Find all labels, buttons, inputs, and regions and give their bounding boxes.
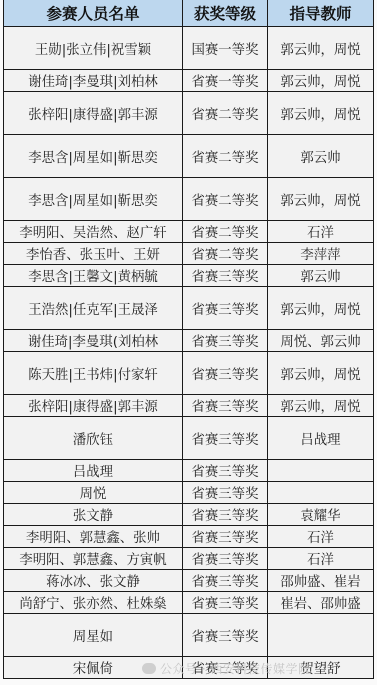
cell-members[interactable]: 周星如 [4,614,183,657]
table-row: 张文静省赛三等奖袁耀华 [4,504,374,526]
cell-award-level[interactable]: 省赛三等奖 [183,352,268,395]
cell-advisor[interactable]: 石洋 [268,221,374,243]
cell-advisor[interactable] [268,460,374,482]
cell-award-level[interactable]: 省赛三等奖 [183,330,268,352]
table-row: 周悦省赛三等奖 [4,482,374,504]
cell-advisor[interactable]: 吕战理 [268,417,374,460]
awards-table: 参赛人员名单 获奖等级 指导教师 王勋|张立伟|祝雪颖国赛一等奖郭云帅，周悦谢佳… [3,0,374,679]
cell-award-level[interactable]: 省赛三等奖 [183,417,268,460]
table-row: 潘欣钰省赛三等奖吕战理 [4,417,374,460]
cell-award-level[interactable]: 国赛一等奖 [183,27,268,70]
table-row: 王浩然|任克军|王晟泽省赛三等奖郭云帅，周悦 [4,287,374,330]
cell-advisor[interactable]: 郭云帅，周悦 [268,395,374,417]
cell-advisor[interactable]: 郭云帅 [268,135,374,178]
header-award-level[interactable]: 获奖等级 [183,0,268,27]
cell-members[interactable]: 吕战理 [4,460,183,482]
cell-advisor[interactable]: 郭云帅，周悦 [268,352,374,395]
cell-award-level[interactable]: 省赛三等奖 [183,504,268,526]
cell-members[interactable]: 谢佳琦|李曼琪(刘柏林 [4,330,183,352]
cell-award-level[interactable]: 省赛三等奖 [183,592,268,614]
cell-members[interactable]: 李明阳、郭慧鑫、方寅帆 [4,548,183,570]
cell-advisor[interactable]: 邵帅盛、崔岩 [268,570,374,592]
table-row: 谢佳琦|李曼琪(刘柏林省赛三等奖周悦、郭云帅 [4,330,374,352]
cell-award-level[interactable]: 省赛二等奖 [183,135,268,178]
cell-members[interactable]: 张梓阳|康得盛|郭丰源 [4,92,183,135]
cell-advisor[interactable] [268,614,374,657]
table-row: 谢佳琦|李曼琪|刘柏林省赛一等奖郭云帅，周悦 [4,70,374,92]
cell-advisor[interactable]: 李萍萍 [268,243,374,265]
cell-members[interactable]: 蒋冰冰、张文静 [4,570,183,592]
cell-award-level[interactable]: 省赛三等奖 [183,460,268,482]
cell-advisor[interactable]: 郭云帅，周悦 [268,178,374,221]
table-row: 李怡香、张玉叶、王妍省赛二等奖李萍萍 [4,243,374,265]
header-members[interactable]: 参赛人员名单 [4,0,183,27]
cell-advisor[interactable]: 郭云帅，周悦 [268,287,374,330]
cell-award-level[interactable]: 省赛三等奖 [183,614,268,657]
table-row: 李思含|王馨文|黄柄毓省赛三等奖郭云帅 [4,265,374,287]
cell-award-level[interactable]: 省赛二等奖 [183,178,268,221]
table-row: 李明阳、郭慧鑫、方寅帆省赛三等奖石洋 [4,548,374,570]
table-row: 李思含|周星如|靳思奕省赛二等奖郭云帅，周悦 [4,178,374,221]
table-row: 张梓阳|康得盛|郭丰源省赛三等奖郭云帅，周悦 [4,395,374,417]
cell-award-level[interactable]: 省赛三等奖 [183,265,268,287]
cell-advisor[interactable]: 郭云帅，周悦 [268,70,374,92]
cell-members[interactable]: 陈天胜|王书炜|付家轩 [4,352,183,395]
cell-members[interactable]: 李思含|周星如|靳思奕 [4,135,183,178]
cell-members[interactable]: 李怡香、张玉叶、王妍 [4,243,183,265]
table-row: 李明阳、郭慧鑫、张帅省赛三等奖石洋 [4,526,374,548]
table-row: 尚舒宁、张亦然、杜姝燊省赛三等奖崔岩、邵帅盛 [4,592,374,614]
cell-members[interactable]: 王勋|张立伟|祝雪颖 [4,27,183,70]
cell-advisor[interactable]: 崔岩、邵帅盛 [268,592,374,614]
cell-members[interactable]: 张梓阳|康得盛|郭丰源 [4,395,183,417]
cell-members[interactable]: 谢佳琦|李曼琪|刘柏林 [4,70,183,92]
cell-members[interactable]: 潘欣钰 [4,417,183,460]
table-row: 张梓阳|康得盛|郭丰源省赛二等奖郭云帅，周悦 [4,92,374,135]
cell-advisor[interactable]: 石洋 [268,548,374,570]
cell-members[interactable]: 李明阳、吴浩然、赵广轩 [4,221,183,243]
cell-members[interactable]: 周悦 [4,482,183,504]
cell-members[interactable]: 王浩然|任克军|王晟泽 [4,287,183,330]
cell-advisor[interactable]: 郭云帅，周悦 [268,92,374,135]
cell-award-level[interactable]: 省赛三等奖 [183,657,268,679]
cell-advisor[interactable]: 郭云帅 [268,265,374,287]
cell-members[interactable]: 李思含|王馨文|黄柄毓 [4,265,183,287]
cell-advisor[interactable] [268,482,374,504]
cell-award-level[interactable]: 省赛三等奖 [183,482,268,504]
cell-advisor[interactable]: 石洋 [268,526,374,548]
table-row: 陈天胜|王书炜|付家轩省赛三等奖郭云帅，周悦 [4,352,374,395]
table-row: 吕战理省赛三等奖 [4,460,374,482]
cell-members[interactable]: 尚舒宁、张亦然、杜姝燊 [4,592,183,614]
cell-advisor[interactable]: 郭云帅，周悦 [268,27,374,70]
header-advisor[interactable]: 指导教师 [268,0,374,27]
cell-members[interactable]: 李思含|周星如|靳思奕 [4,178,183,221]
table-row: 李明阳、吴浩然、赵广轩省赛二等奖石洋 [4,221,374,243]
cell-members[interactable]: 宋佩倚 [4,657,183,679]
cell-award-level[interactable]: 省赛三等奖 [183,395,268,417]
cell-award-level[interactable]: 省赛二等奖 [183,221,268,243]
cell-award-level[interactable]: 省赛三等奖 [183,287,268,330]
table-row: 王勋|张立伟|祝雪颖国赛一等奖郭云帅，周悦 [4,27,374,70]
cell-advisor[interactable]: 袁耀华 [268,504,374,526]
header-row: 参赛人员名单 获奖等级 指导教师 [4,0,374,27]
cell-award-level[interactable]: 省赛三等奖 [183,570,268,592]
cell-award-level[interactable]: 省赛三等奖 [183,548,268,570]
table-row: 蒋冰冰、张文静省赛三等奖邵帅盛、崔岩 [4,570,374,592]
table-row: 宋佩倚省赛三等奖贺望舒 [4,657,374,679]
cell-advisor[interactable]: 周悦、郭云帅 [268,330,374,352]
table-row: 李思含|周星如|靳思奕省赛二等奖郭云帅 [4,135,374,178]
cell-members[interactable]: 张文静 [4,504,183,526]
cell-advisor[interactable]: 贺望舒 [268,657,374,679]
cell-award-level[interactable]: 省赛二等奖 [183,243,268,265]
cell-members[interactable]: 李明阳、郭慧鑫、张帅 [4,526,183,548]
cell-award-level[interactable]: 省赛三等奖 [183,526,268,548]
cell-award-level[interactable]: 省赛一等奖 [183,70,268,92]
cell-award-level[interactable]: 省赛二等奖 [183,92,268,135]
table-row: 周星如省赛三等奖 [4,614,374,657]
